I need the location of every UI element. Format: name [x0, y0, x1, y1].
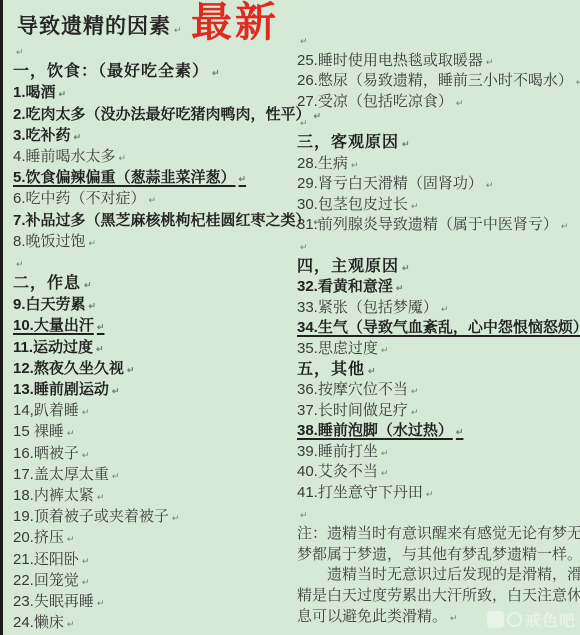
left-column: ↵一，饮食：（最好吃全素）↵1.喝酒↵2.吃肉太多（没办法最好吃猪肉鸭肉，性平）…	[13, 40, 297, 633]
list-line: 19.顶着被子或夹着被子↵	[13, 506, 297, 527]
paragraph-mark: ↵	[149, 195, 157, 205]
list-line-text: 25.睡时使用电热毯或取暖器	[297, 52, 483, 69]
list-line-text: 31.前列腺炎导致遗精（属于中医肾亏）	[297, 216, 558, 233]
list-line: 23.失眠再睡↵	[13, 591, 297, 612]
list-line: 注：遗精当时有意识醒来有感觉无论有梦无	[297, 524, 580, 545]
list-line-text: 4.睡前喝水太多	[13, 148, 116, 165]
list-line-text: 精是白天过度劳累出大汗所致，白天注意休	[297, 587, 580, 604]
list-line-text: 35.思虑过度	[297, 340, 378, 357]
paragraph-mark: ↵	[119, 153, 127, 163]
list-line: 21.还阳卧↵	[13, 549, 297, 570]
list-line-text: 一，饮食：（最好吃全素）	[13, 63, 209, 80]
paragraph-mark: ↵	[84, 280, 93, 290]
list-line: 11.运动过度↵	[13, 337, 297, 358]
list-line: ↵	[13, 252, 297, 273]
list-line: ↵	[297, 504, 580, 525]
list-line-text: 遗精当时无意识过后发现的是滑精，滑	[297, 566, 580, 583]
list-line-text: 26.憋尿（易致遗精，睡前三小时不喝水）	[297, 72, 573, 89]
paragraph-mark: ↵	[67, 534, 75, 544]
list-line-text: 39.睡前打坐	[297, 443, 378, 460]
list-line: 二，作息↵	[13, 273, 297, 294]
paragraph-mark: ↵	[16, 259, 24, 269]
list-line-text: 22.回笼觉	[13, 572, 79, 589]
paragraph-mark: ↵	[67, 428, 75, 438]
list-line: 41.打坐意守下丹田↵	[297, 483, 580, 504]
list-line: 4.睡前喝水太多↵	[13, 146, 297, 167]
list-line-text: 36.按摩穴位不当	[297, 381, 408, 398]
list-line: 36.按摩穴位不当↵	[297, 380, 580, 401]
list-line: 25.睡时使用电热毯或取暖器↵	[297, 51, 580, 72]
list-line: 27.受凉（包括吃凉食）↵	[297, 92, 580, 113]
list-line-text: 12.熬夜久坐久视	[13, 360, 124, 377]
list-line: 12.熬夜久坐久视↵	[13, 358, 297, 379]
list-line-text: 四，主观原因	[297, 258, 399, 275]
list-line-text: 40.艾灸不当	[297, 463, 378, 480]
list-line: 18.内裤太紧↵	[13, 485, 297, 506]
list-line-text: 34.生气（导致气血紊乱，心中怨恨恼怒烦）	[297, 319, 580, 336]
list-line: 33.紧张（包括梦魇）↵	[297, 298, 580, 319]
list-line: 7.补品过多（黑芝麻核桃枸杞桂圆红枣之类）↵	[13, 210, 297, 231]
list-line-text: 五，其他	[297, 361, 365, 378]
paragraph-mark: ↵	[172, 513, 180, 523]
list-line-text: 38.睡前泡脚（水过热）	[297, 422, 453, 439]
list-line-text: 3.吃补药	[13, 127, 71, 144]
list-line-text: 20.挤压	[13, 529, 64, 546]
paragraph-mark: ↵	[82, 556, 90, 566]
paragraph-mark: ↵	[381, 468, 389, 478]
list-line: 31.前列腺炎导致遗精（属于中医肾亏）↵	[297, 215, 580, 236]
paragraph-mark: ↵	[300, 510, 308, 520]
paragraph-mark: ↵	[402, 139, 411, 149]
latest-badge: 最新	[191, 2, 279, 43]
list-line-text: 2.吃肉太多（没办法最好吃猪肉鸭肉，性平）	[13, 106, 311, 123]
list-line: 5.饮食偏辣偏重（葱蒜韭菜洋葱）↵	[13, 167, 297, 188]
list-line-text: 28.生病	[297, 155, 348, 172]
list-line-text: 14,趴着睡	[13, 402, 79, 419]
list-line: ↵	[297, 30, 580, 51]
list-line: 梦都属于梦遗，与其他有梦乱梦遗精一样。↵	[297, 545, 580, 566]
list-line-text: 1.喝酒	[13, 84, 56, 101]
paragraph-mark: ↵	[74, 132, 82, 142]
list-line-text: 29.肾亏白天滑精（固肾功）	[297, 175, 483, 192]
list-line-text: 23.失眠再睡	[13, 593, 94, 610]
list-line-text: 二，作息	[13, 275, 81, 292]
list-line: 精是白天过度劳累出大汗所致，白天注意休	[297, 586, 580, 607]
paragraph-mark: ↵	[561, 221, 569, 231]
paragraph-mark: ↵	[96, 344, 104, 354]
list-line-text: 27.受凉（包括吃凉食）	[297, 93, 453, 110]
paragraph-mark: ↵	[174, 25, 182, 35]
paragraph-mark: ↵	[300, 242, 308, 252]
list-line-text: 11.运动过度	[13, 339, 93, 356]
list-line-text: 梦都属于梦遗，与其他有梦乱梦遗精一样。	[297, 546, 580, 563]
paragraph-mark: ↵	[456, 98, 464, 108]
paragraph-mark: ↵	[16, 47, 24, 57]
paragraph-mark: ↵	[402, 263, 411, 273]
paragraph-mark: ↵	[411, 201, 419, 211]
paragraph-mark: ↵	[89, 301, 97, 311]
paragraph-mark: ↵	[82, 450, 90, 460]
paragraph-mark: ↵	[67, 619, 75, 629]
list-line: 息可以避免此类滑精。↵	[297, 607, 580, 628]
paragraph-mark: ↵	[351, 160, 359, 170]
paragraph-mark: ↵	[300, 118, 308, 128]
document-page: 导致遗精的因素↵ 最新 ↵一，饮食：（最好吃全素）↵1.喝酒↵2.吃肉太多（没办…	[0, 0, 580, 635]
paragraph-mark: ↵	[381, 448, 389, 458]
list-line-text: 6.吃中药（不对症）	[13, 190, 146, 207]
list-line: ↵	[13, 40, 297, 61]
list-line: 遗精当时无意识过后发现的是滑精，滑	[297, 565, 580, 586]
paragraph-mark: ↵	[97, 322, 105, 332]
list-line: 3.吃补药↵	[13, 125, 297, 146]
paragraph-mark: ↵	[127, 365, 135, 375]
list-line: 38.睡前泡脚（水过热）↵	[297, 421, 580, 442]
list-line: 17.盖太厚太重↵	[13, 464, 297, 485]
list-line: 1.喝酒↵	[13, 82, 297, 103]
title-row: 导致遗精的因素↵	[17, 10, 182, 40]
paragraph-mark: ↵	[441, 304, 449, 314]
paragraph-mark: ↵	[486, 57, 494, 67]
list-line-text: 17.盖太厚太重	[13, 466, 109, 483]
paragraph-mark: ↵	[426, 489, 434, 499]
page-title: 导致遗精的因素	[17, 15, 171, 38]
paragraph-mark: ↵	[112, 471, 120, 481]
paragraph-mark: ↵	[368, 366, 377, 376]
list-line-text: 10.大量出汗	[13, 317, 94, 334]
paragraph-mark: ↵	[97, 492, 105, 502]
list-line: 22.回笼觉↵	[13, 570, 297, 591]
list-line-text: 24.懒床	[13, 614, 64, 631]
list-line-text: 注：遗精当时有意识醒来有感觉无论有梦无	[297, 525, 580, 542]
paragraph-mark: ↵	[212, 68, 221, 78]
paragraph-mark: ↵	[486, 180, 494, 190]
paragraph-mark: ↵	[112, 386, 120, 396]
list-line: 32.看黄和意淫↵	[297, 277, 580, 298]
list-line: 39.睡前打坐↵	[297, 442, 580, 463]
list-line-text: 32.看黄和意淫	[297, 278, 393, 295]
list-line: 30.包茎包皮过长↵	[297, 195, 580, 216]
list-line-text: 5.饮食偏辣偏重（葱蒜韭菜洋葱）	[13, 169, 236, 186]
list-line: 29.肾亏白天滑精（固肾功）↵	[297, 174, 580, 195]
list-line-text: 30.包茎包皮过长	[297, 196, 408, 213]
paragraph-mark: ↵	[97, 598, 105, 608]
list-line: 40.艾灸不当↵	[297, 462, 580, 483]
list-line-text: 19.顶着被子或夹着被子	[13, 508, 169, 525]
list-line: 37.长时间做足疗↵	[297, 401, 580, 422]
list-line: 9.白天劳累↵	[13, 294, 297, 315]
right-column: ↵25.睡时使用电热毯或取暖器↵26.憋尿（易致遗精，睡前三小时不喝水）↵27.…	[297, 30, 580, 627]
paragraph-mark: ↵	[82, 407, 90, 417]
paragraph-mark: ↵	[89, 238, 97, 248]
list-line: 10.大量出汗↵	[13, 315, 297, 336]
list-line-text: 息可以避免此类滑精。	[297, 608, 447, 625]
list-line: 13.睡前剧运动↵	[13, 379, 297, 400]
paragraph-mark: ↵	[239, 174, 247, 184]
paragraph-mark: ↵	[411, 386, 419, 396]
list-line: 35.思虑过度↵	[297, 339, 580, 360]
list-line: 14,趴着睡↵	[13, 400, 297, 421]
paragraph-mark: ↵	[300, 36, 308, 46]
list-line-text: 三，客观原因	[297, 134, 399, 151]
list-line: ↵	[297, 236, 580, 257]
list-line-text: 37.长时间做足疗	[297, 402, 408, 419]
paragraph-mark: ↵	[576, 77, 580, 87]
list-line: 四，主观原因↵	[297, 257, 580, 278]
list-line-text: 21.还阳卧	[13, 551, 79, 568]
list-line: 三，客观原因↵	[297, 133, 580, 154]
paragraph-mark: ↵	[82, 577, 90, 587]
list-line: 24.懒床↵	[13, 612, 297, 633]
list-line: 2.吃肉太多（没办法最好吃猪肉鸭肉，性平）↵	[13, 104, 297, 125]
list-line: 五，其他↵	[297, 360, 580, 381]
paragraph-mark: ↵	[450, 613, 458, 623]
list-line: 20.挤压↵	[13, 527, 297, 548]
list-line: 8.晚饭过饱↵	[13, 231, 297, 252]
paragraph-mark: ↵	[456, 427, 464, 437]
paragraph-mark: ↵	[381, 345, 389, 355]
paragraph-mark: ↵	[59, 89, 67, 99]
list-line: 26.憋尿（易致遗精，睡前三小时不喝水）↵	[297, 71, 580, 92]
list-line-text: 15 裸睡	[13, 423, 64, 440]
list-line: 15 裸睡↵	[13, 421, 297, 442]
list-line: 28.生病↵	[297, 154, 580, 175]
list-line-text: 33.紧张（包括梦魇）	[297, 299, 438, 316]
list-line-text: 16.晒被子	[13, 445, 79, 462]
list-line-text: 8.晚饭过饱	[13, 233, 86, 250]
paragraph-mark: ↵	[396, 283, 404, 293]
paragraph-mark: ↵	[411, 407, 419, 417]
list-line: 一，饮食：（最好吃全素）↵	[13, 61, 297, 82]
list-line-text: 13.睡前剧运动	[13, 381, 109, 398]
list-line: 6.吃中药（不对症）↵	[13, 188, 297, 209]
list-line: 34.生气（导致气血紊乱，心中怨恨恼怒烦）↵	[297, 318, 580, 339]
list-line-text: 41.打坐意守下丹田	[297, 484, 423, 501]
list-line: 16.晒被子↵	[13, 443, 297, 464]
list-line: ↵	[297, 112, 580, 133]
list-line-text: 18.内裤太紧	[13, 487, 94, 504]
list-line-text: 9.白天劳累	[13, 296, 86, 313]
list-line-text: 7.补品过多（黑芝麻核桃枸杞桂圆红枣之类）	[13, 212, 311, 229]
